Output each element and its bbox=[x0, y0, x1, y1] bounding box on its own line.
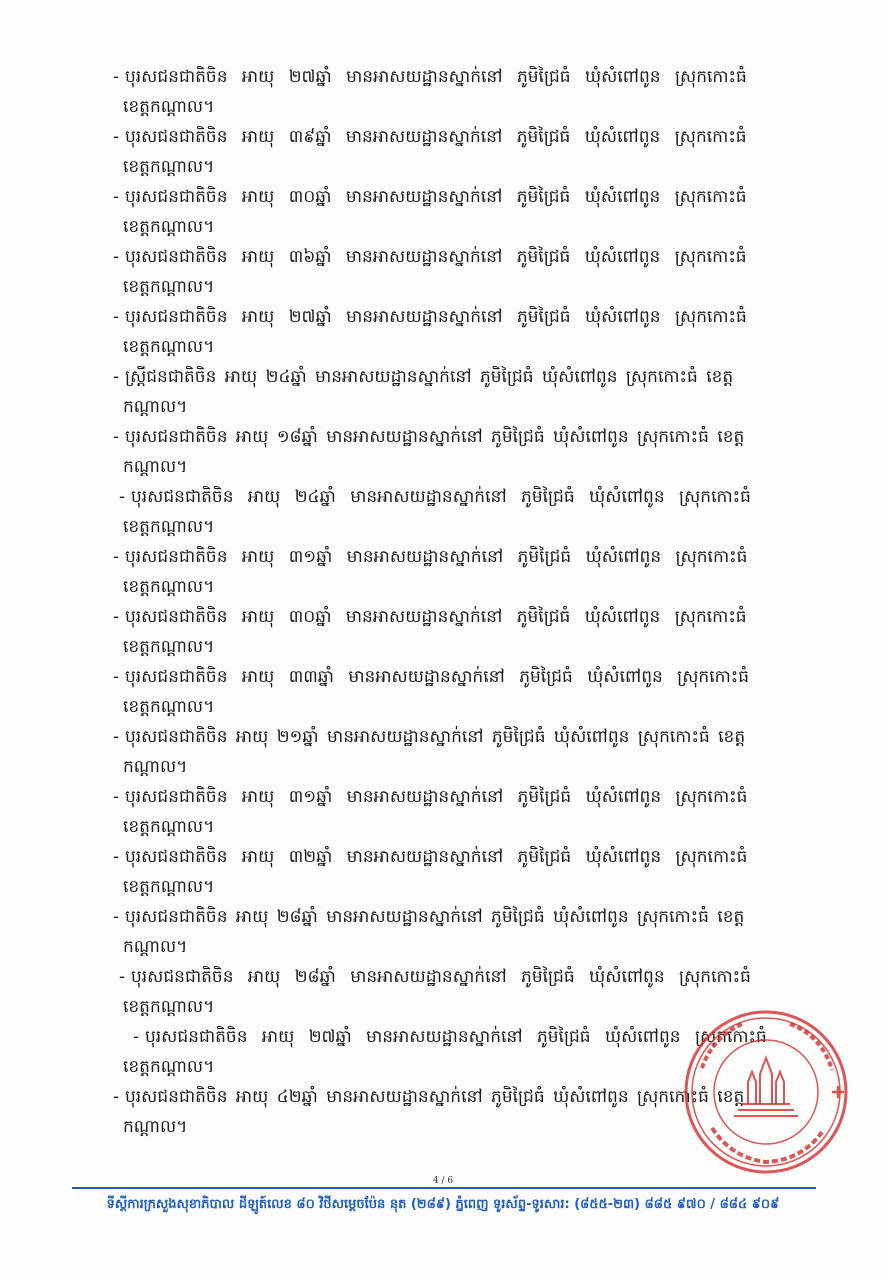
list-item: -បុរសជនជាតិចិន អាយុ ៣២ឆ្នាំ មានអាសយដ្ឋាន… bbox=[113, 842, 833, 902]
list-item: -បុរសជនជាតិចិន អាយុ ២៤ឆ្នាំ មានអាសយដ្ឋាន… bbox=[113, 482, 833, 542]
entry-continuation-line: ខេត្តកណ្ដាល។ bbox=[113, 512, 833, 542]
entry-continuation-line: កណ្ដាល។ bbox=[113, 932, 833, 962]
entry-text: បុរសជនជាតិចិន អាយុ ២៤ឆ្នាំ មានអាសយដ្ឋានស… bbox=[131, 487, 751, 507]
bullet-dash: - bbox=[113, 782, 125, 812]
entry-text: បុរសជនជាតិចិន អាយុ ២៧ឆ្នាំ មានអាសយដ្ឋានស… bbox=[145, 1027, 767, 1047]
entry-first-line: -បុរសជនជាតិចិន អាយុ ៣៩ឆ្នាំ មានអាសយដ្ឋាន… bbox=[113, 122, 833, 152]
entry-first-line: -ស្ត្រីជនជាតិចិន អាយុ ២៤ឆ្នាំ មានអាសយដ្ឋ… bbox=[113, 362, 833, 392]
entry-list: -បុរសជនជាតិចិន អាយុ ២៧ឆ្នាំ មានអាសយដ្ឋាន… bbox=[113, 62, 833, 1142]
bullet-dash: - bbox=[113, 1082, 125, 1112]
entry-continuation-line: ខេត្តកណ្ដាល។ bbox=[113, 632, 833, 662]
entry-first-line: -បុរសជនជាតិចិន អាយុ ២៨ឆ្នាំ មានអាសយដ្ឋាន… bbox=[113, 962, 833, 992]
list-item: -ស្ត្រីជនជាតិចិន អាយុ ២៤ឆ្នាំ មានអាសយដ្ឋ… bbox=[113, 362, 833, 422]
entry-first-line: -បុរសជនជាតិចិន អាយុ ២១ឆ្នាំ មានអាសយដ្ឋាន… bbox=[113, 722, 833, 752]
list-item: -បុរសជនជាតិចិន អាយុ ២៧ឆ្នាំ មានអាសយដ្ឋាន… bbox=[113, 62, 833, 122]
entry-continuation-line: ខេត្តកណ្ដាល។ bbox=[113, 332, 833, 362]
entry-continuation-line: ខេត្តកណ្ដាល។ bbox=[113, 92, 833, 122]
entry-text: បុរសជនជាតិចិន អាយុ ២៨ឆ្នាំ មានអាសយដ្ឋានស… bbox=[125, 907, 744, 927]
entry-text: បុរសជនជាតិចិន អាយុ ២៨ឆ្នាំ មានអាសយដ្ឋានស… bbox=[131, 967, 751, 987]
bullet-dash: - bbox=[113, 542, 125, 572]
entry-first-line: -បុរសជនជាតិចិន អាយុ ២៤ឆ្នាំ មានអាសយដ្ឋាន… bbox=[113, 482, 833, 512]
bullet-dash: - bbox=[133, 1022, 145, 1052]
entry-first-line: -បុរសជនជាតិចិន អាយុ ៣៣ឆ្នាំ មានអាសយដ្ឋាន… bbox=[113, 662, 833, 692]
list-item: -បុរសជនជាតិចិន អាយុ ២៨ឆ្នាំ មានអាសយដ្ឋាន… bbox=[113, 902, 833, 962]
entry-first-line: -បុរសជនជាតិចិន អាយុ ១៨ឆ្នាំ មានអាសយដ្ឋាន… bbox=[113, 422, 833, 452]
entry-text: បុរសជនជាតិចិន អាយុ ៣៣ឆ្នាំ មានអាសយដ្ឋានស… bbox=[125, 667, 749, 687]
list-item: -បុរសជនជាតិចិន អាយុ ២១ឆ្នាំ មានអាសយដ្ឋាន… bbox=[113, 722, 833, 782]
list-item: -បុរសជនជាតិចិន អាយុ ៣០ឆ្នាំ មានអាសយដ្ឋាន… bbox=[113, 602, 833, 662]
bullet-dash: - bbox=[113, 602, 125, 632]
entry-first-line: -បុរសជនជាតិចិន អាយុ ៣២ឆ្នាំ មានអាសយដ្ឋាន… bbox=[113, 842, 833, 872]
entry-text: បុរសជនជាតិចិន អាយុ ៣២ឆ្នាំ មានអាសយដ្ឋានស… bbox=[125, 847, 747, 867]
bullet-dash: - bbox=[113, 902, 125, 932]
entry-continuation-line: កណ្ដាល។ bbox=[113, 452, 833, 482]
entry-first-line: -បុរសជនជាតិចិន អាយុ ៣៦ឆ្នាំ មានអាសយដ្ឋាន… bbox=[113, 242, 833, 272]
list-item: -បុរសជនជាតិចិន អាយុ ៣៩ឆ្នាំ មានអាសយដ្ឋាន… bbox=[113, 122, 833, 182]
entry-first-line: -បុរសជនជាតិចិន អាយុ ២៧ឆ្នាំ មានអាសយដ្ឋាន… bbox=[113, 62, 833, 92]
bullet-dash: - bbox=[113, 362, 125, 392]
bullet-dash: - bbox=[113, 722, 125, 752]
entry-text: បុរសជនជាតិចិន អាយុ ៤២ឆ្នាំ មានអាសយដ្ឋានស… bbox=[125, 1087, 744, 1107]
list-item: -បុរសជនជាតិចិន អាយុ ៣៣ឆ្នាំ មានអាសយដ្ឋាន… bbox=[113, 662, 833, 722]
bullet-dash: - bbox=[113, 302, 125, 332]
bullet-dash: - bbox=[113, 122, 125, 152]
entry-continuation-line: ខេត្តកណ្ដាល។ bbox=[113, 152, 833, 182]
list-item: -បុរសជនជាតិចិន អាយុ ៣០ឆ្នាំ មានអាសយដ្ឋាន… bbox=[113, 182, 833, 242]
entry-text: បុរសជនជាតិចិន អាយុ ៣៩ឆ្នាំ មានអាសយដ្ឋានស… bbox=[125, 127, 747, 147]
entry-first-line: -បុរសជនជាតិចិន អាយុ ៣០ឆ្នាំ មានអាសយដ្ឋាន… bbox=[113, 602, 833, 632]
entry-continuation-line: ខេត្តកណ្ដាល។ bbox=[113, 692, 833, 722]
bullet-dash: - bbox=[113, 662, 125, 692]
entry-text: បុរសជនជាតិចិន អាយុ ១៨ឆ្នាំ មានអាសយដ្ឋានស… bbox=[125, 427, 744, 447]
list-item: -បុរសជនជាតិចិន អាយុ ៣១ឆ្នាំ មានអាសយដ្ឋាន… bbox=[113, 542, 833, 602]
entry-continuation-line: ខេត្តកណ្ដាល។ bbox=[113, 812, 833, 842]
entry-continuation-line: ខេត្តកណ្ដាល។ bbox=[113, 872, 833, 902]
bullet-dash: - bbox=[113, 422, 125, 452]
list-item: -បុរសជនជាតិចិន អាយុ ១៨ឆ្នាំ មានអាសយដ្ឋាន… bbox=[113, 422, 833, 482]
entry-text: បុរសជនជាតិចិន អាយុ ២៧ឆ្នាំ មានអាសយដ្ឋានស… bbox=[125, 67, 747, 87]
entry-continuation-line: ខេត្តកណ្ដាល។ bbox=[113, 572, 833, 602]
entry-first-line: -បុរសជនជាតិចិន អាយុ ២៨ឆ្នាំ មានអាសយដ្ឋាន… bbox=[113, 902, 833, 932]
entry-text: បុរសជនជាតិចិន អាយុ ២៧ឆ្នាំ មានអាសយដ្ឋានស… bbox=[125, 307, 747, 327]
bullet-dash: - bbox=[113, 182, 125, 212]
footer-divider bbox=[72, 1187, 816, 1189]
entry-continuation-line: ខេត្តកណ្ដាល។ bbox=[113, 272, 833, 302]
list-item: -បុរសជនជាតិចិន អាយុ ៣៦ឆ្នាំ មានអាសយដ្ឋាន… bbox=[113, 242, 833, 302]
entry-text: បុរសជនជាតិចិន អាយុ ២១ឆ្នាំ មានអាសយដ្ឋានស… bbox=[125, 727, 745, 747]
entry-text: បុរសជនជាតិចិន អាយុ ៣១ឆ្នាំ មានអាសយដ្ឋានស… bbox=[125, 787, 747, 807]
entry-first-line: -បុរសជនជាតិចិន អាយុ ៣១ឆ្នាំ មានអាសយដ្ឋាន… bbox=[113, 782, 833, 812]
bullet-dash: - bbox=[113, 62, 125, 92]
list-item: -បុរសជនជាតិចិន អាយុ ៣១ឆ្នាំ មានអាសយដ្ឋាន… bbox=[113, 782, 833, 842]
entry-text: បុរសជនជាតិចិន អាយុ ៣០ឆ្នាំ មានអាសយដ្ឋានស… bbox=[125, 187, 747, 207]
page-number: 4 / 6 bbox=[0, 1176, 886, 1186]
bullet-dash: - bbox=[119, 482, 131, 512]
entry-continuation-line: កណ្ដាល។ bbox=[113, 392, 833, 422]
entry-first-line: -បុរសជនជាតិចិន អាយុ ២៧ឆ្នាំ មានអាសយដ្ឋាន… bbox=[113, 302, 833, 332]
bullet-dash: - bbox=[113, 842, 125, 872]
entry-first-line: -បុរសជនជាតិចិន អាយុ ៣០ឆ្នាំ មានអាសយដ្ឋាន… bbox=[113, 182, 833, 212]
bullet-dash: - bbox=[113, 242, 125, 272]
entry-continuation-line: ខេត្តកណ្ដាល។ bbox=[113, 212, 833, 242]
entry-first-line: -បុរសជនជាតិចិន អាយុ ៣១ឆ្នាំ មានអាសយដ្ឋាន… bbox=[113, 542, 833, 572]
entry-text: បុរសជនជាតិចិន អាយុ ៣៦ឆ្នាំ មានអាសយដ្ឋានស… bbox=[125, 247, 747, 267]
entry-text: បុរសជនជាតិចិន អាយុ ៣០ឆ្នាំ មានអាសយដ្ឋានស… bbox=[125, 607, 747, 627]
official-seal-stamp-icon bbox=[682, 1008, 850, 1176]
entry-text: បុរសជនជាតិចិន អាយុ ៣១ឆ្នាំ មានអាសយដ្ឋានស… bbox=[125, 547, 747, 567]
entry-continuation-line: កណ្ដាល។ bbox=[113, 752, 833, 782]
document-page: -បុរសជនជាតិចិន អាយុ ២៧ឆ្នាំ មានអាសយដ្ឋាន… bbox=[0, 0, 886, 1280]
footer-address: ទីស្តីការក្រសួងសុខាភិបាល ដីឡូត៍លេខ ៨០ វិ… bbox=[0, 1196, 886, 1215]
bullet-dash: - bbox=[119, 962, 131, 992]
entry-text: ស្ត្រីជនជាតិចិន អាយុ ២៤ឆ្នាំ មានអាសយដ្ឋា… bbox=[125, 367, 733, 387]
list-item: -បុរសជនជាតិចិន អាយុ ២៧ឆ្នាំ មានអាសយដ្ឋាន… bbox=[113, 302, 833, 362]
